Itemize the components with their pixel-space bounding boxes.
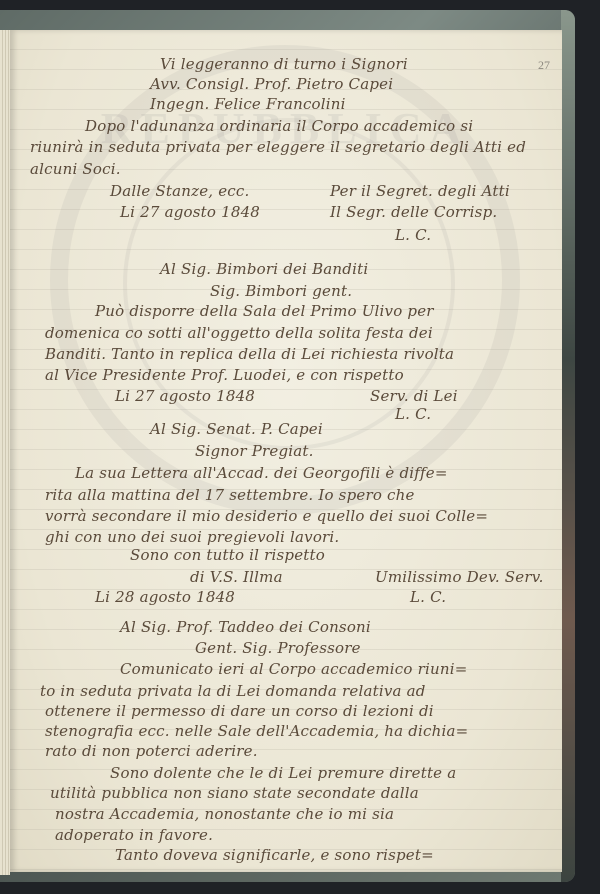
handwritten-line: Sono con tutto il rispetto [130,546,325,564]
handwritten-line: Gent. Sig. Professore [195,639,361,657]
handwritten-line: Vi leggeranno di turno i Signori [160,55,408,73]
handwritten-line: al Vice Presidente Prof. Luodei, e con r… [45,366,404,384]
handwritten-line: di V.S. Illma [190,568,283,586]
handwritten-line: La sua Lettera all'Accad. dei Georgofili… [75,464,448,482]
handwritten-line: Serv. di Lei [370,387,458,405]
handwritten-line: Dopo l'adunanza ordinaria il Corpo accad… [85,117,473,135]
handwritten-line: adoperato in favore. [55,826,213,844]
handwritten-line: Può disporre della Sala del Primo Ulivo … [95,302,434,320]
handwritten-line: riunirà in seduta privata per eleggere i… [30,138,526,156]
handwritten-line: Ingegn. Felice Francolini [150,95,346,113]
handwritten-line: Signor Pregiat. [195,442,314,460]
handwritten-line: Tanto doveva significarle, e sono rispet… [115,846,434,864]
handwritten-line: Il Segr. delle Corrisp. [330,203,497,221]
handwritten-line: L. C. [410,588,446,606]
handwritten-line: Umilissimo Dev. Serv. [375,568,544,586]
handwritten-line: stenografia ecc. nelle Sale dell'Accadem… [45,722,468,740]
handwritten-line: Al Sig. Senat. P. Capei [150,420,323,438]
handwritten-line: Sig. Bimbori gent. [210,282,352,300]
handwritten-line: Li 28 agosto 1848 [95,588,235,606]
handwritten-line: rita alla mattina del 17 settembre. Io s… [45,486,415,504]
manuscript-page: REPUBBLICA 27 Vi leggeranno di turno i S… [10,30,562,872]
handwritten-line: ghi con uno dei suoi pregievoli lavori. [45,528,339,546]
handwritten-line: Per il Segret. degli Atti [330,182,510,200]
handwritten-line: Sono dolente che le di Lei premure diret… [110,764,456,782]
handwritten-line: Comunicato ieri al Corpo accademico riun… [120,660,467,678]
handwritten-line: vorrà secondare il mio desiderio e quell… [45,507,488,525]
handwritten-line: domenica co sotti all'oggetto della soli… [45,324,433,342]
handwritten-line: nostra Accademia, nonostante che io mi s… [55,805,394,823]
handwritten-line: Banditi. Tanto in replica della di Lei r… [45,345,454,363]
binding-spine-edge [561,10,575,882]
handwritten-line: Al Sig. Prof. Taddeo dei Consoni [120,618,371,636]
handwritten-line: to in seduta privata la di Lei domanda r… [40,682,426,700]
handwritten-line: ottenere il permesso di dare un corso di… [45,702,434,720]
handwritten-line: alcuni Soci. [30,160,121,178]
handwritten-line: Li 27 agosto 1848 [120,203,260,221]
handwritten-line: L. C. [395,226,431,244]
handwritten-line: rato di non poterci aderire. [45,742,258,760]
handwritten-line: L. C. [395,405,431,423]
handwritten-line: Avv. Consigl. Prof. Pietro Capei [150,75,393,93]
handwritten-line: Dalle Stanze, ecc. [110,182,249,200]
page-number: 27 [538,58,550,73]
page-stack-edge [0,30,10,875]
handwritten-line: Li 27 agosto 1848 [115,387,255,405]
handwritten-line: utilità pubblica non siano state seconda… [50,784,419,802]
handwritten-line: Al Sig. Bimbori dei Banditi [160,260,368,278]
